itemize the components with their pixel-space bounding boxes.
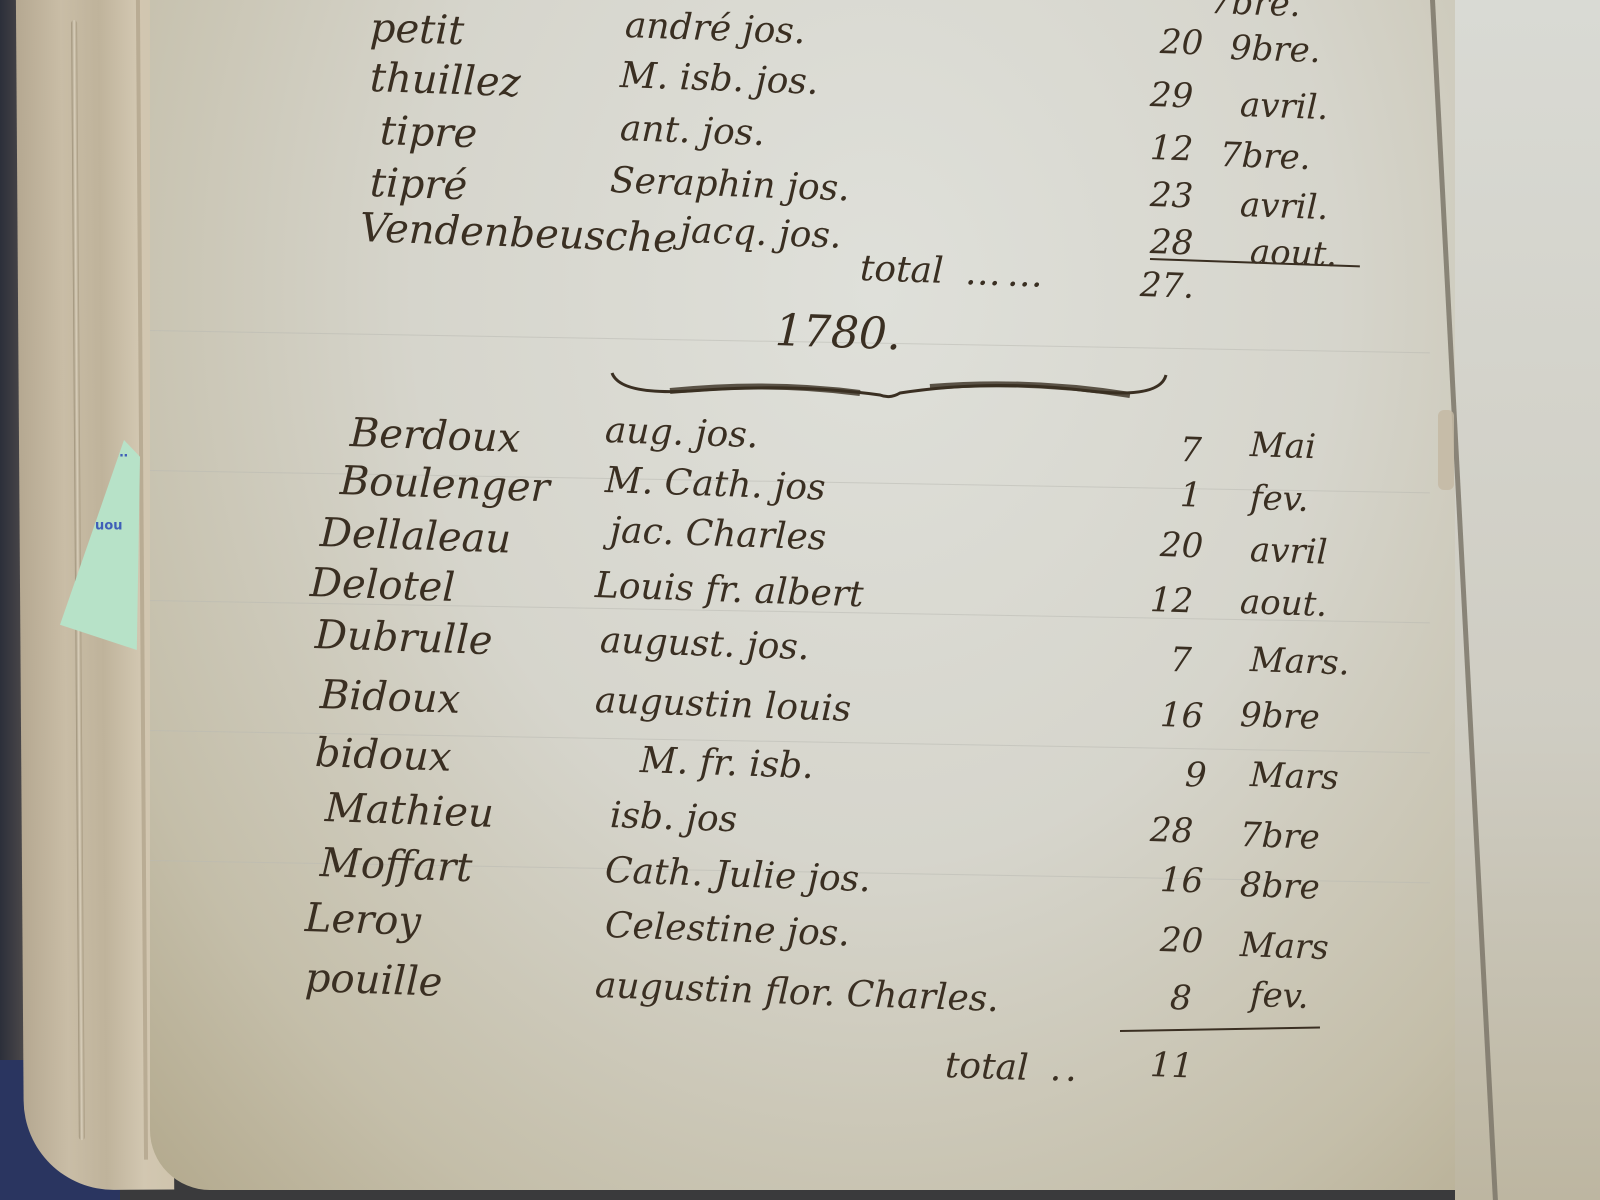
day: 29 xyxy=(1149,75,1194,116)
surname: pouille xyxy=(304,955,443,1006)
month: 8bre xyxy=(1239,865,1320,908)
surname: bidoux xyxy=(314,730,452,781)
day: 1 xyxy=(1179,475,1202,516)
month: aout. xyxy=(1239,582,1327,625)
day: 16 xyxy=(1159,860,1204,901)
decorative-brace-flourish xyxy=(610,365,1170,405)
month: 9bre xyxy=(1239,695,1320,738)
day: 7 xyxy=(1169,640,1192,681)
day: 28 xyxy=(1149,810,1194,851)
surname: Delotel xyxy=(309,560,456,611)
surname: tipre xyxy=(379,108,478,157)
surname: Leroy xyxy=(304,895,422,945)
day: 23 xyxy=(1149,175,1194,216)
total-value: 27. xyxy=(1139,265,1194,307)
day: 20 xyxy=(1159,22,1204,63)
surname: Moffart xyxy=(319,840,473,891)
month: 9bre. xyxy=(1229,28,1321,71)
binding-thread-knot xyxy=(1438,410,1454,490)
given-names: august. jos. xyxy=(599,620,810,668)
surname: Berdoux xyxy=(349,410,521,462)
surname: petit xyxy=(369,5,465,54)
total-label: total xyxy=(859,248,944,292)
surname: thuillez xyxy=(369,55,521,106)
month: avril. xyxy=(1239,85,1329,128)
given-names: andré jos. xyxy=(624,5,806,52)
month: fev. xyxy=(1249,478,1309,520)
given-names: ant. jos. xyxy=(619,108,765,154)
month: 7bre xyxy=(1239,815,1320,858)
day: 7 xyxy=(1179,430,1202,471)
given-names: jacq. jos. xyxy=(679,210,842,257)
month: avril xyxy=(1249,530,1328,573)
surname: Mathieu xyxy=(324,785,494,837)
given-names: jac. Charles xyxy=(609,510,827,559)
day: 8 xyxy=(1169,978,1192,1019)
surname: Boulenger xyxy=(339,458,550,511)
year-heading: 1780. xyxy=(774,305,902,360)
given-names: Seraphin jos. xyxy=(609,160,850,209)
surname: Dellaleau xyxy=(319,510,512,563)
given-names: M. fr. isb. xyxy=(639,740,814,787)
surname: tipré xyxy=(369,160,468,209)
given-names: isb. jos xyxy=(609,795,738,840)
day: 12 xyxy=(1149,580,1194,621)
month: aout. xyxy=(1249,232,1337,275)
photo-scene: … non 7bre. petit andré jos. 20 9bre. th… xyxy=(0,0,1600,1200)
day: 12 xyxy=(1149,128,1194,169)
day: 20 xyxy=(1159,525,1204,566)
day: 20 xyxy=(1159,920,1204,961)
given-names: M. Cath. jos xyxy=(604,460,826,509)
total-value: 11 xyxy=(1149,1045,1194,1086)
surname: Bidoux xyxy=(319,672,461,723)
given-names: aug. jos. xyxy=(604,410,759,456)
day: 9 xyxy=(1184,755,1207,796)
facing-page xyxy=(1455,0,1600,1200)
month: fev. xyxy=(1249,975,1309,1017)
sticker-text-bottom: non xyxy=(95,518,122,533)
month: Mars. xyxy=(1249,640,1350,683)
month: 7bre. xyxy=(1209,0,1301,25)
surname: Dubrulle xyxy=(314,612,493,664)
month: 7bre. xyxy=(1219,135,1311,178)
given-names: Celestine jos. xyxy=(604,905,850,955)
total-label: total xyxy=(944,1045,1029,1089)
given-names: M. isb. jos. xyxy=(619,55,819,103)
month: Mars xyxy=(1239,925,1329,968)
month: Mars xyxy=(1249,755,1339,798)
month: Mai xyxy=(1249,425,1316,467)
total-leader-dots: .. xyxy=(1049,1048,1081,1090)
total-leader-dots: …… xyxy=(964,252,1049,296)
day: 16 xyxy=(1159,695,1204,736)
month: avril. xyxy=(1239,185,1329,228)
